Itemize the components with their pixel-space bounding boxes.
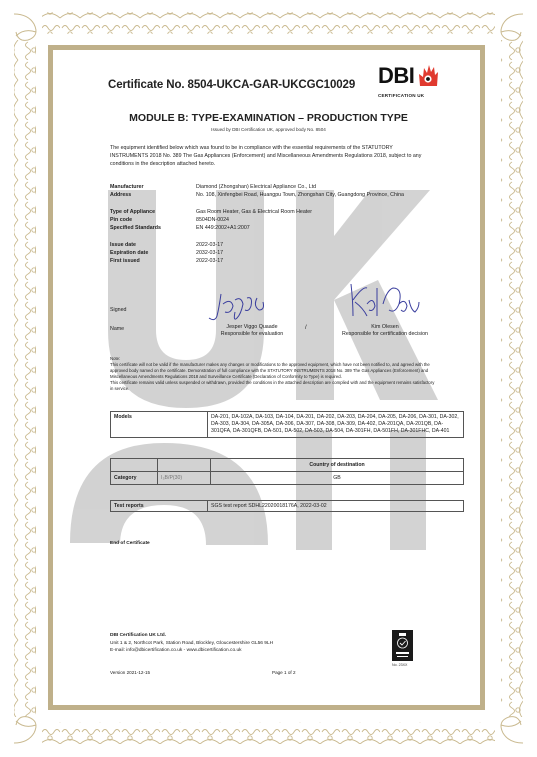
signature-evaluator [205,290,275,325]
signature-separator: / [305,325,307,331]
name-label: Name [110,326,124,332]
ukas-number: No. 23XX [392,663,407,667]
evaluator-block: Jesper Viggo Quaade Responsible for eval… [202,324,302,338]
intro-paragraph: The equipment identified below which was… [110,144,430,168]
field-address: Address No. 108, Xinfengbei Road, Huangp… [110,191,440,199]
note-text-1: This certificate will not be valid if th… [110,362,435,380]
field-label: Address [110,191,196,199]
field-label: Specified Standards [110,224,196,232]
field-value: Gas Room Heater, Gas & Electrical Room H… [196,208,440,216]
dbi-logo-subtitle: CERTIFICATION UK [378,93,424,98]
field-value: 2022-03-17 [196,241,440,249]
end-of-certificate: End of Certificate [110,541,150,546]
field-expiration-date: Expiration date 2032-03-17 [110,249,440,257]
test-reports-label: Test reports [111,501,208,512]
field-manufacturer: Manufacturer Diamond (Zhongshan) Electri… [110,183,440,191]
field-standards: Specified Standards EN 449:2002+A1:2007 [110,224,440,232]
table-row: Test reports SGS test report SDHL2202001… [111,501,464,512]
footer-contact[interactable]: E-mail: info@dbicertification.co.uk - ww… [110,647,273,655]
evaluator-name: Jesper Viggo Quaade [202,324,302,331]
models-table: Models DA-201, DA-102A, DA-103, DA-104, … [110,411,464,438]
evaluator-role: Responsible for evaluation [202,331,302,338]
field-label: Expiration date [110,249,196,257]
field-label: Manufacturer [110,183,196,191]
models-value: DA-201, DA-102A, DA-103, DA-104, DA-201,… [208,412,464,438]
footer-address: DBI Certification UK Ltd. Unit 1 & 2, No… [110,632,273,655]
certificate-fields: Manufacturer Diamond (Zhongshan) Electri… [110,183,440,265]
table-row: Country of destination [111,459,464,472]
field-value: Diamond (Zhongshan) Electrical Appliance… [196,183,440,191]
category-label: Category [111,472,158,485]
field-value: 2032-03-17 [196,249,440,257]
module-title: MODULE B: TYPE-EXAMINATION – PRODUCTION … [0,112,537,124]
test-reports-value: SGS test report SDHL22020018176A, 2022-0… [208,501,464,512]
version-label: Version 2021-12-15 [110,670,150,675]
certifier-role: Responsible for certification decision [330,331,440,338]
destination-header: Country of destination [211,459,464,472]
field-value: No. 108, Xinfengbei Road, Huangpu Town, … [196,191,440,199]
field-label: Issue date [110,241,196,249]
table-row: Category I₃B/P(30) GB [111,472,464,485]
field-value: 2022-03-17 [196,257,440,265]
footer-company: DBI Certification UK Ltd. [110,632,273,640]
issued-by: Issued by DBI Certification UK, approved… [0,127,537,132]
field-value: EN 449:2002+A1:2007 [196,224,440,232]
certificate-number: Certificate No. 8504-UKCA-GAR-UKCGC10029 [108,79,355,91]
signed-label: Signed [110,307,127,313]
category-value: I₃B/P(30) [158,472,211,485]
field-label: Type of Appliance [110,208,196,216]
dbi-logo-text: DBI [378,63,414,89]
field-value: 8504DN-0024 [196,216,440,224]
destination-country: GB [211,472,464,485]
field-issue-date: Issue date 2022-03-17 [110,241,440,249]
field-label: Pin code [110,216,196,224]
page-number: Page 1 of 2 [272,670,296,675]
destination-table: Country of destination Category I₃B/P(30… [110,458,464,485]
signature-certifier [345,280,425,322]
ukas-accreditation-icon [392,630,413,661]
footer-street: Unit 1 & 2, Northcot Park, Station Road,… [110,640,273,648]
note-block: Note: This certificate will not be valid… [110,356,435,392]
flame-eye-icon [417,64,439,88]
field-type: Type of Appliance Gas Room Heater, Gas &… [110,208,440,216]
certifier-block: Kim Olesen Responsible for certification… [330,324,440,338]
note-text-2: This certificate remains valid unless su… [110,380,435,392]
table-row: Models DA-201, DA-102A, DA-103, DA-104, … [111,412,464,438]
certifier-name: Kim Olesen [330,324,440,331]
models-label: Models [111,412,208,438]
field-first-issued: First issued 2022-03-17 [110,257,440,265]
field-pin: Pin code 8504DN-0024 [110,216,440,224]
field-label: First issued [110,257,196,265]
test-reports-table: Test reports SGS test report SDHL2202001… [110,500,464,512]
